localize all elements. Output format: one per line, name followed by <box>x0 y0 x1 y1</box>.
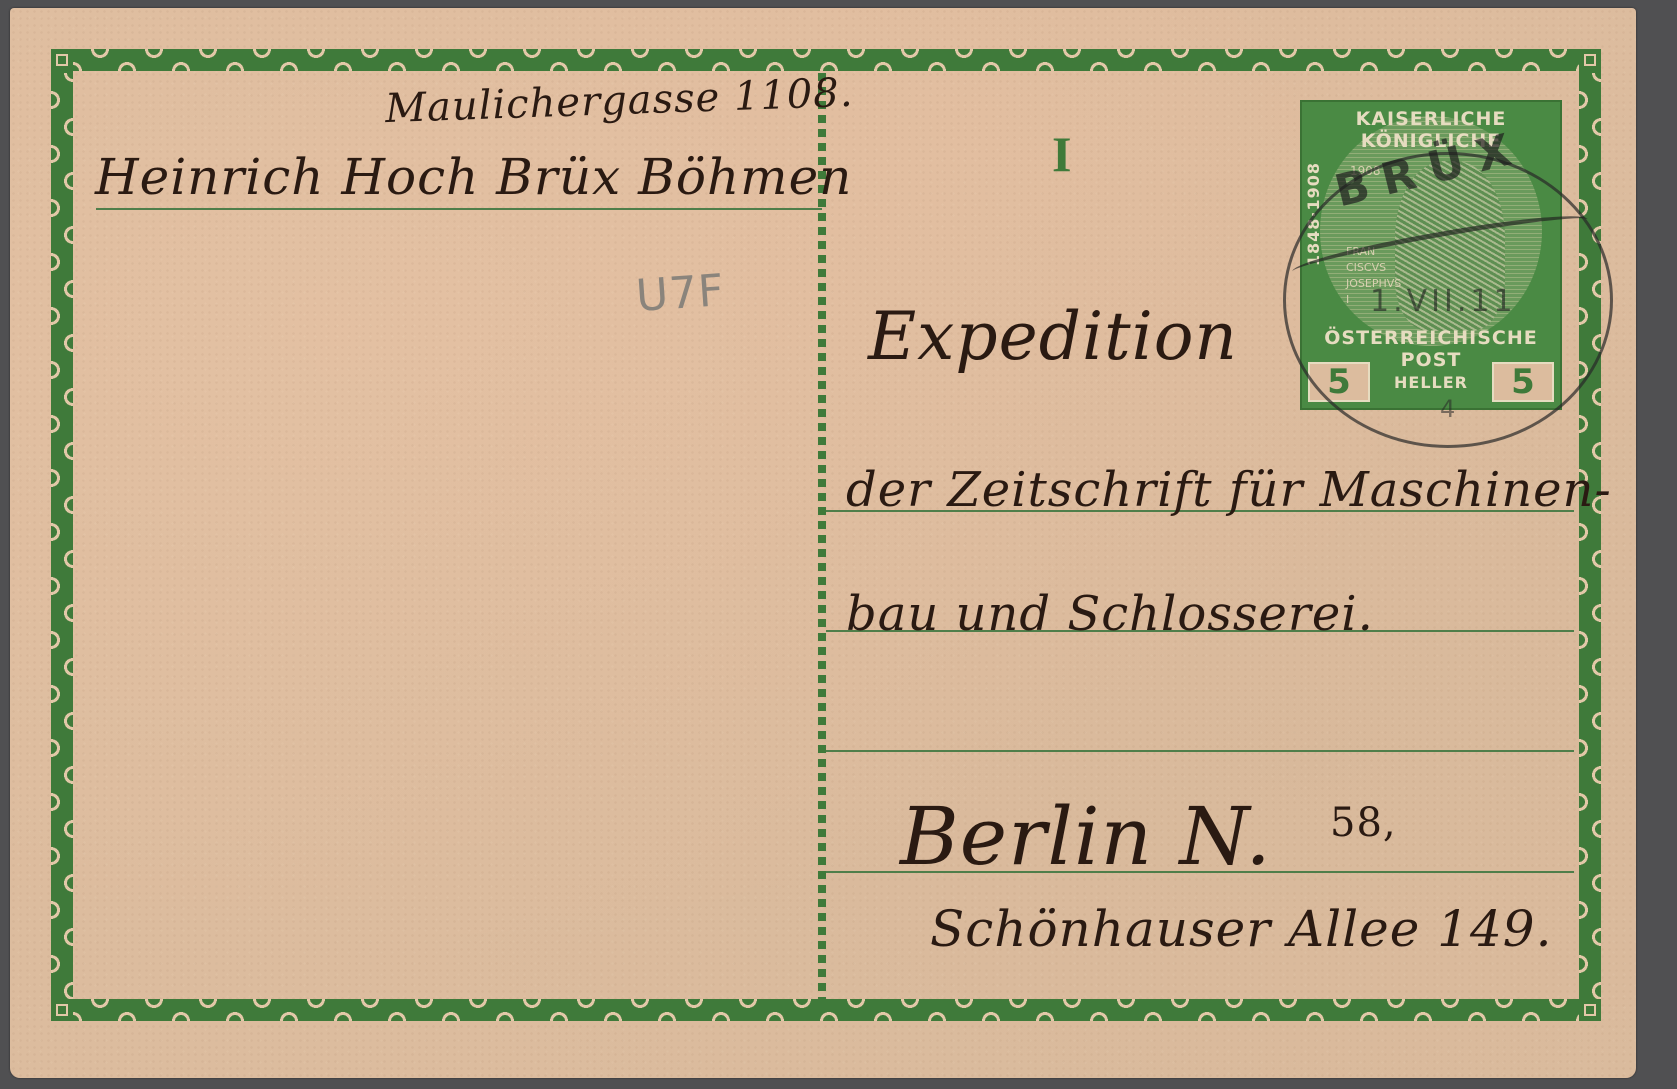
frame-corner-icon <box>51 999 73 1021</box>
recipient-line-1: Expedition <box>868 298 1238 375</box>
stamp-currency: HELLER <box>1394 373 1468 392</box>
stamp-value-bar: 5 HELLER 5 <box>1302 356 1560 408</box>
message-address-divider <box>818 73 826 999</box>
stamp-inscription-left: 1848·1908 <box>1304 162 1323 266</box>
side-marker: I <box>1052 125 1071 183</box>
frame-corner-icon <box>1579 49 1601 71</box>
stamp-value-left: 5 <box>1308 362 1370 402</box>
sender-rule <box>96 208 822 210</box>
pencil-note: U7F <box>634 265 726 322</box>
recipient-line-3: bau und Schlosserei. <box>846 586 1374 642</box>
frame-corner-icon <box>51 49 73 71</box>
address-rule-3 <box>826 750 1574 752</box>
recipient-line-2: der Zeitschrift für Maschinen- <box>846 462 1612 518</box>
postmark-date: 1.VII.11 <box>1370 284 1517 319</box>
stamp-value-right: 5 <box>1492 362 1554 402</box>
frame-corner-icon <box>1579 999 1601 1021</box>
recipient-city: Berlin N. <box>900 790 1272 883</box>
sender-name: Heinrich Hoch Brüx Böhmen <box>95 148 852 206</box>
scan-background: I Maulichergasse 1108. Heinrich Hoch Brü… <box>0 0 1677 1089</box>
recipient-street: Schönhauser Allee 149. <box>930 900 1553 958</box>
postmark-time: 4 <box>1440 395 1455 423</box>
recipient-district: 58, <box>1330 800 1397 846</box>
